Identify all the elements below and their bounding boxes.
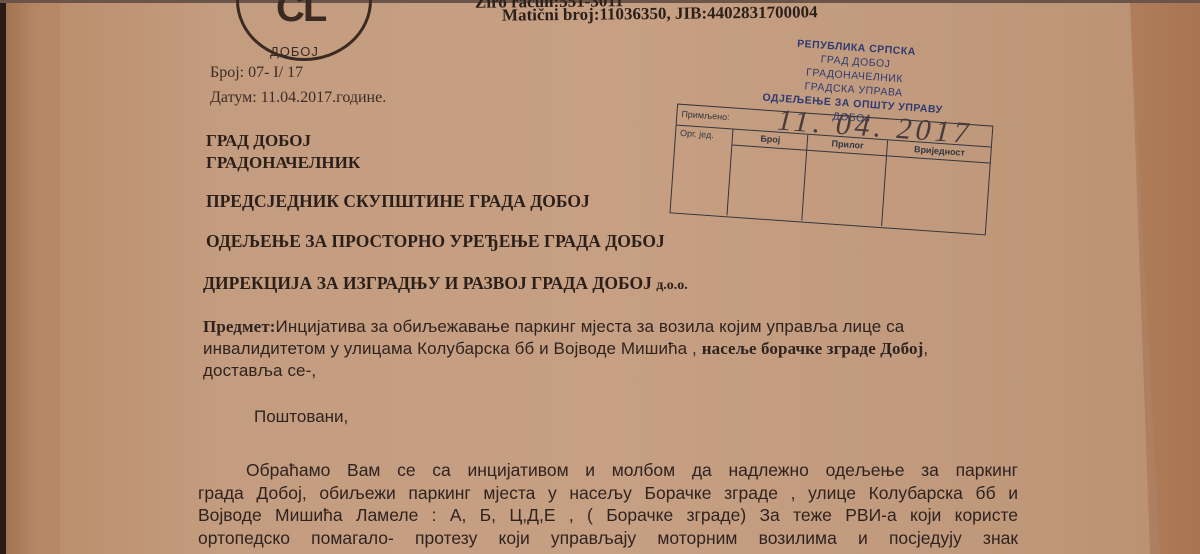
subject-bold-text: насеље борачке зграде Добој [702,339,924,358]
stamp-column-label: Вриједност [887,142,992,163]
recipient-spatial-planning: ОДЕЉЕЊЕ ЗА ПРОСТОРНО УРЕЂЕЊЕ ГРАДА ДОБОЈ [206,231,665,252]
body-line: града Добој, обиљежи паркинг мјеста у на… [198,482,1018,505]
stamp-table: Примљено: 11. 04. 2017 Орг. јед. Број Пр… [669,104,993,236]
stamp-column-label: Прилог [807,137,888,157]
stamp-cell: Број [726,129,808,220]
body-line: Обраћамо Вам се са инцијативом и молбом … [198,459,1018,482]
stamp-cell: Вриједност [881,140,992,233]
document-photo: CL ДОБОЈ Žiro račun:551-3011 Matični bro… [0,0,1200,554]
stamp-received-label: Примљено: [681,109,730,122]
subject-paragraph: Предмет:Инцијатива за обиљежавање паркин… [203,316,1003,382]
document-date: Датум: 11.04.2017.године. [210,89,386,107]
recipient-assembly-president: ПРЕДСЈЕДНИК СКУПШТИНЕ ГРАДА ДОБОЈ [206,191,590,212]
dark-edge [0,0,6,554]
recipient-directorate: ДИРЕКЦИЈА ЗА ИЗГРАДЊУ И РАЗВОЈ ГРАДА ДОБ… [203,273,688,294]
greeting: Поштовани, [254,407,348,427]
recipient-city: ГРАД ДОБОЈ [206,131,311,151]
body-line: Војводе Мишића Ламеле : А, Б, Ц,Д,Е , ( … [198,504,1018,527]
stamp-column-label: Број [732,132,808,151]
body-paragraph: Обраћамо Вам се са инцијативом и молбом … [198,459,1018,549]
stamp-column-label: Орг. јед. [676,128,733,145]
logo-city: ДОБОЈ [270,44,319,59]
body-line: ортопедско помагало- протезу који управљ… [198,527,1018,550]
recipient-directorate-suffix: д.о.о. [656,278,688,293]
stamp-cell: Орг. јед. [671,126,733,216]
logo-letters: CL [276,0,325,31]
subject-label: Предмет: [203,317,276,336]
header-ids: Matični broj:11036350, JIB:4402831700004 [502,2,818,25]
recipient-directorate-name: ДИРЕКЦИЈА ЗА ИЗГРАДЊУ И РАЗВОЈ ГРАДА ДОБ… [203,273,652,293]
received-stamp: РЕПУБЛИКА СРПСКА ГРАД ДОБОЈ ГРАДОНАЧЕЛНИ… [668,29,1011,252]
document-number: Број: 07- I/ 17 [210,64,303,82]
recipient-mayor: ГРАДОНАЧЕЛНИК [206,153,360,173]
stamp-cell: Прилог [801,135,888,226]
